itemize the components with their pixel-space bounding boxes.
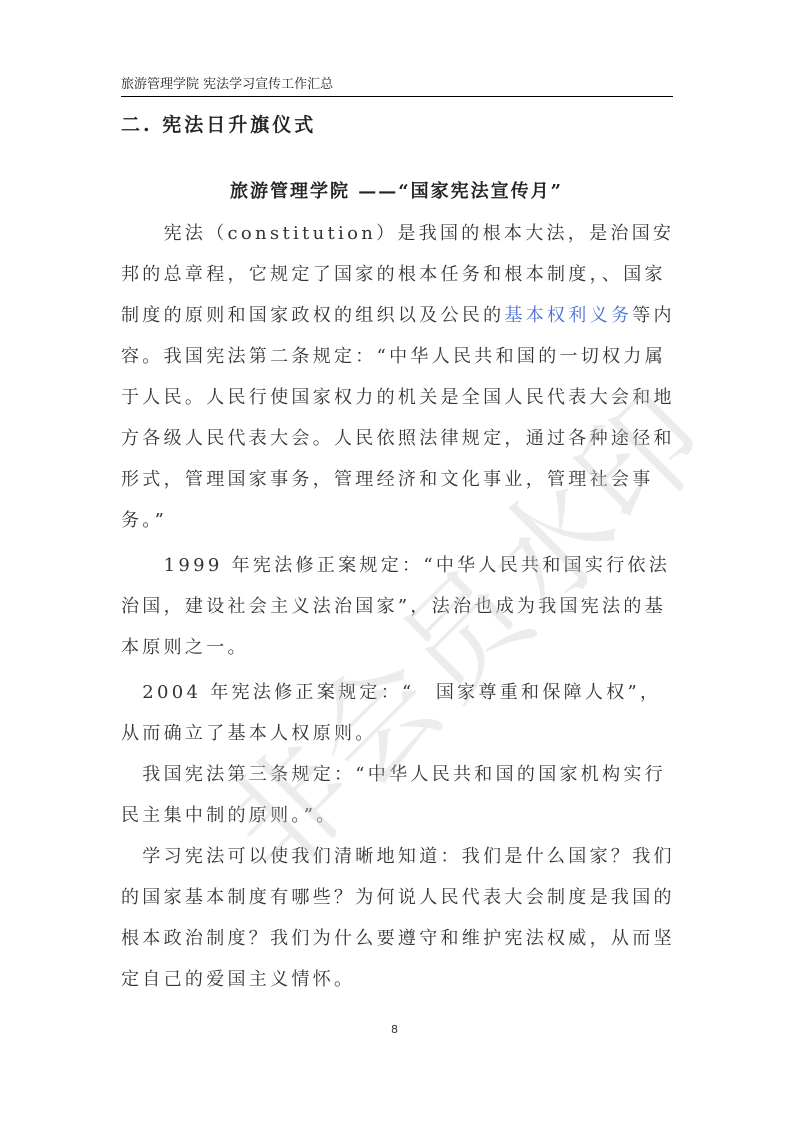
paragraph-4: 我国宪法第三条规定：“中华人民共和国的国家机构实行民主集中制的原则。”。 [121,754,677,836]
subtitle: 旅游管理学院 ——“国家宪法宣传月” [0,177,793,203]
link-basic-rights[interactable]: 基本权利义务 [504,305,632,326]
page-header: 旅游管理学院 宪法学习宣传工作汇总 [121,76,673,97]
paragraph-5: 学习宪法可以使我们清晰地知道：我们是什么国家？我们的国家基本制度有哪些？为何说人… [121,836,677,1000]
page-number: 8 [391,1023,398,1036]
paragraph-text: 等内容。我国宪法第二条规定：“中华人民共和国的一切权力属于人民。人民行使国家权力… [121,305,675,531]
document-page: 旅游管理学院 宪法学习宣传工作汇总 二. 宪法日升旗仪式 旅游管理学院 ——“国… [0,0,793,1122]
paragraph-1: 宪法（constitution）是我国的根本大法，是治国安邦的总章程，它规定了国… [121,213,677,541]
section-title: 二. 宪法日升旗仪式 [121,110,316,137]
paragraph-2: 1999 年宪法修正案规定：“中华人民共和国实行依法治国，建设社会主义法治国家”… [121,545,677,668]
paragraph-indent [121,223,164,244]
paragraph-3: 2004 年宪法修正案规定：“ 国家尊重和保障人权”，从而确立了基本人权原则。 [121,672,677,754]
